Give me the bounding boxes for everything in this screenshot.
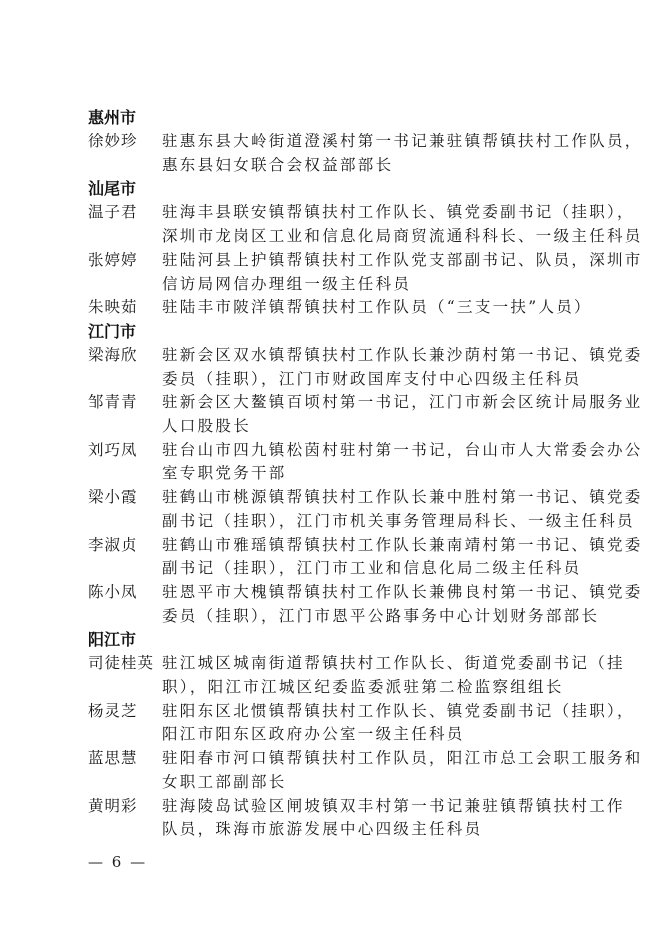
person-entry: 陈小凤 驻恩平市大槐镇帮镇扶村工作队长兼佛良村第一书记、镇党委 委员（挂职），江…: [88, 581, 588, 628]
person-name: 张婷婷: [88, 249, 162, 296]
description-line: 阳江市阳东区政府办公室一级主任科员: [162, 723, 635, 747]
person-entry: 朱映茹 驻陆丰市陂洋镇帮镇扶村工作队员（“三支一扶”人员）: [88, 296, 588, 320]
person-name: 蓝思慧: [88, 747, 162, 794]
description-line: 副书记（挂职），江门市工业和信息化局二级主任科员: [162, 557, 643, 581]
person-description: 驻恩平市大槐镇帮镇扶村工作队长兼佛良村第一书记、镇党委 委员（挂职），江门市恩平…: [162, 581, 643, 628]
description-line: 委员（挂职），江门市恩平公路事务中心计划财务部部长: [162, 605, 643, 629]
description-line: 女职工部副部长: [162, 771, 643, 795]
person-name: 梁海欣: [88, 344, 162, 391]
person-description: 驻鹤山市雅瑶镇帮镇扶村工作队长兼南靖村第一书记、镇党委 副书记（挂职），江门市工…: [162, 534, 643, 581]
person-entry: 杨灵芝 驻阳东区北惯镇帮镇扶村工作队长、镇党委副书记（挂职）， 阳江市阳东区政府…: [88, 700, 588, 747]
description-line: 驻海丰县联安镇帮镇扶村工作队长、镇党委副书记（挂职），: [162, 201, 643, 225]
description-line: 室专职党务干部: [162, 462, 643, 486]
city-heading: 阳江市: [88, 628, 588, 652]
description-line: 驻陆丰市陂洋镇帮镇扶村工作队员（“三支一扶”人员）: [162, 296, 592, 320]
description-line: 惠东县妇女联合会权益部部长: [162, 154, 643, 178]
person-name: 朱映茹: [88, 296, 162, 320]
person-description: 驻惠东县大岭街道澄溪村第一书记兼驻镇帮镇扶村工作队员， 惠东县妇女联合会权益部部…: [162, 130, 643, 177]
description-line: 驻海陵岛试验区闸坡镇双丰村第一书记兼驻镇帮镇扶村工作: [162, 795, 625, 819]
description-line: 驻阳东区北惯镇帮镇扶村工作队长、镇党委副书记（挂职），: [162, 700, 635, 724]
description-line: 驻惠东县大岭街道澄溪村第一书记兼驻镇帮镇扶村工作队员，: [162, 130, 643, 154]
description-line: 驻新会区大鳌镇百顷村第一书记，江门市新会区统计局服务业: [162, 391, 643, 415]
person-entry: 梁海欣 驻新会区双水镇帮镇扶村工作队长兼沙荫村第一书记、镇党委 委员（挂职），江…: [88, 344, 588, 391]
person-entry: 张婷婷 驻陆河县上护镇帮镇扶村工作队党支部副书记、队员，深圳市 信访局网信办理组…: [88, 249, 588, 296]
person-name: 司徒桂英: [88, 652, 162, 699]
person-name: 陈小凤: [88, 581, 162, 628]
page-number: — 6 —: [88, 853, 147, 871]
city-heading: 惠州市: [88, 106, 588, 130]
person-name: 梁小霞: [88, 486, 162, 533]
description-line: 职），阳江市江城区纪委监委派驻第二检监察组组长: [162, 676, 625, 700]
person-entry: 梁小霞 驻鹤山市桃源镇帮镇扶村工作队长兼中胜村第一书记、镇党委 副书记（挂职），…: [88, 486, 588, 533]
description-line: 副书记（挂职），江门市机关事务管理局科长、一级主任科员: [162, 510, 643, 534]
document-content: 惠州市 徐妙珍 驻惠东县大岭街道澄溪村第一书记兼驻镇帮镇扶村工作队员， 惠东县妇…: [88, 106, 588, 842]
person-name: 李淑贞: [88, 534, 162, 581]
person-entry: 黄明彩 驻海陵岛试验区闸坡镇双丰村第一书记兼驻镇帮镇扶村工作 队员，珠海市旅游发…: [88, 795, 588, 842]
description-line: 深圳市龙岗区工业和信息化局商贸流通科科长、一级主任科员: [162, 225, 643, 249]
description-line: 队员，珠海市旅游发展中心四级主任科员: [162, 818, 625, 842]
person-entry: 邹青青 驻新会区大鳌镇百顷村第一书记，江门市新会区统计局服务业 人口股股长: [88, 391, 588, 438]
person-name: 杨灵芝: [88, 700, 162, 747]
person-name: 徐妙珍: [88, 130, 162, 177]
person-name: 邹青青: [88, 391, 162, 438]
person-name: 黄明彩: [88, 795, 162, 842]
person-description: 驻新会区大鳌镇百顷村第一书记，江门市新会区统计局服务业 人口股股长: [162, 391, 643, 438]
description-line: 人口股股长: [162, 415, 643, 439]
description-line: 驻陆河县上护镇帮镇扶村工作队党支部副书记、队员，深圳市: [162, 249, 643, 273]
person-description: 驻阳东区北惯镇帮镇扶村工作队长、镇党委副书记（挂职）， 阳江市阳东区政府办公室一…: [162, 700, 635, 747]
description-line: 驻阳春市河口镇帮镇扶村工作队员，阳江市总工会职工服务和: [162, 747, 643, 771]
person-entry: 刘巧凤 驻台山市四九镇松茵村驻村第一书记，台山市人大常委会办公 室专职党务干部: [88, 439, 588, 486]
person-entry: 李淑贞 驻鹤山市雅瑶镇帮镇扶村工作队长兼南靖村第一书记、镇党委 副书记（挂职），…: [88, 534, 588, 581]
person-entry: 温子君 驻海丰县联安镇帮镇扶村工作队长、镇党委副书记（挂职）， 深圳市龙岗区工业…: [88, 201, 588, 248]
description-line: 信访局网信办理组一级主任科员: [162, 273, 643, 297]
city-heading: 汕尾市: [88, 177, 588, 201]
person-name: 温子君: [88, 201, 162, 248]
description-line: 驻江城区城南街道帮镇扶村工作队长、街道党委副书记（挂: [162, 652, 625, 676]
person-description: 驻陆河县上护镇帮镇扶村工作队党支部副书记、队员，深圳市 信访局网信办理组一级主任…: [162, 249, 643, 296]
person-description: 驻新会区双水镇帮镇扶村工作队长兼沙荫村第一书记、镇党委 委员（挂职），江门市财政…: [162, 344, 643, 391]
city-heading: 江门市: [88, 320, 588, 344]
person-entry: 司徒桂英 驻江城区城南街道帮镇扶村工作队长、街道党委副书记（挂 职），阳江市江城…: [88, 652, 588, 699]
person-name: 刘巧凤: [88, 439, 162, 486]
description-line: 驻新会区双水镇帮镇扶村工作队长兼沙荫村第一书记、镇党委: [162, 344, 643, 368]
document-page: 惠州市 徐妙珍 驻惠东县大岭街道澄溪村第一书记兼驻镇帮镇扶村工作队员， 惠东县妇…: [0, 0, 670, 947]
person-entry: 蓝思慧 驻阳春市河口镇帮镇扶村工作队员，阳江市总工会职工服务和 女职工部副部长: [88, 747, 588, 794]
person-description: 驻陆丰市陂洋镇帮镇扶村工作队员（“三支一扶”人员）: [162, 296, 592, 320]
person-entry: 徐妙珍 驻惠东县大岭街道澄溪村第一书记兼驻镇帮镇扶村工作队员， 惠东县妇女联合会…: [88, 130, 588, 177]
description-line: 驻台山市四九镇松茵村驻村第一书记，台山市人大常委会办公: [162, 439, 643, 463]
description-line: 驻鹤山市桃源镇帮镇扶村工作队长兼中胜村第一书记、镇党委: [162, 486, 643, 510]
description-line: 驻鹤山市雅瑶镇帮镇扶村工作队长兼南靖村第一书记、镇党委: [162, 534, 643, 558]
person-description: 驻阳春市河口镇帮镇扶村工作队员，阳江市总工会职工服务和 女职工部副部长: [162, 747, 643, 794]
person-description: 驻鹤山市桃源镇帮镇扶村工作队长兼中胜村第一书记、镇党委 副书记（挂职），江门市机…: [162, 486, 643, 533]
person-description: 驻海陵岛试验区闸坡镇双丰村第一书记兼驻镇帮镇扶村工作 队员，珠海市旅游发展中心四…: [162, 795, 625, 842]
person-description: 驻海丰县联安镇帮镇扶村工作队长、镇党委副书记（挂职）， 深圳市龙岗区工业和信息化…: [162, 201, 643, 248]
person-description: 驻台山市四九镇松茵村驻村第一书记，台山市人大常委会办公 室专职党务干部: [162, 439, 643, 486]
description-line: 委员（挂职），江门市财政国库支付中心四级主任科员: [162, 368, 643, 392]
person-description: 驻江城区城南街道帮镇扶村工作队长、街道党委副书记（挂 职），阳江市江城区纪委监委…: [162, 652, 625, 699]
description-line: 驻恩平市大槐镇帮镇扶村工作队长兼佛良村第一书记、镇党委: [162, 581, 643, 605]
